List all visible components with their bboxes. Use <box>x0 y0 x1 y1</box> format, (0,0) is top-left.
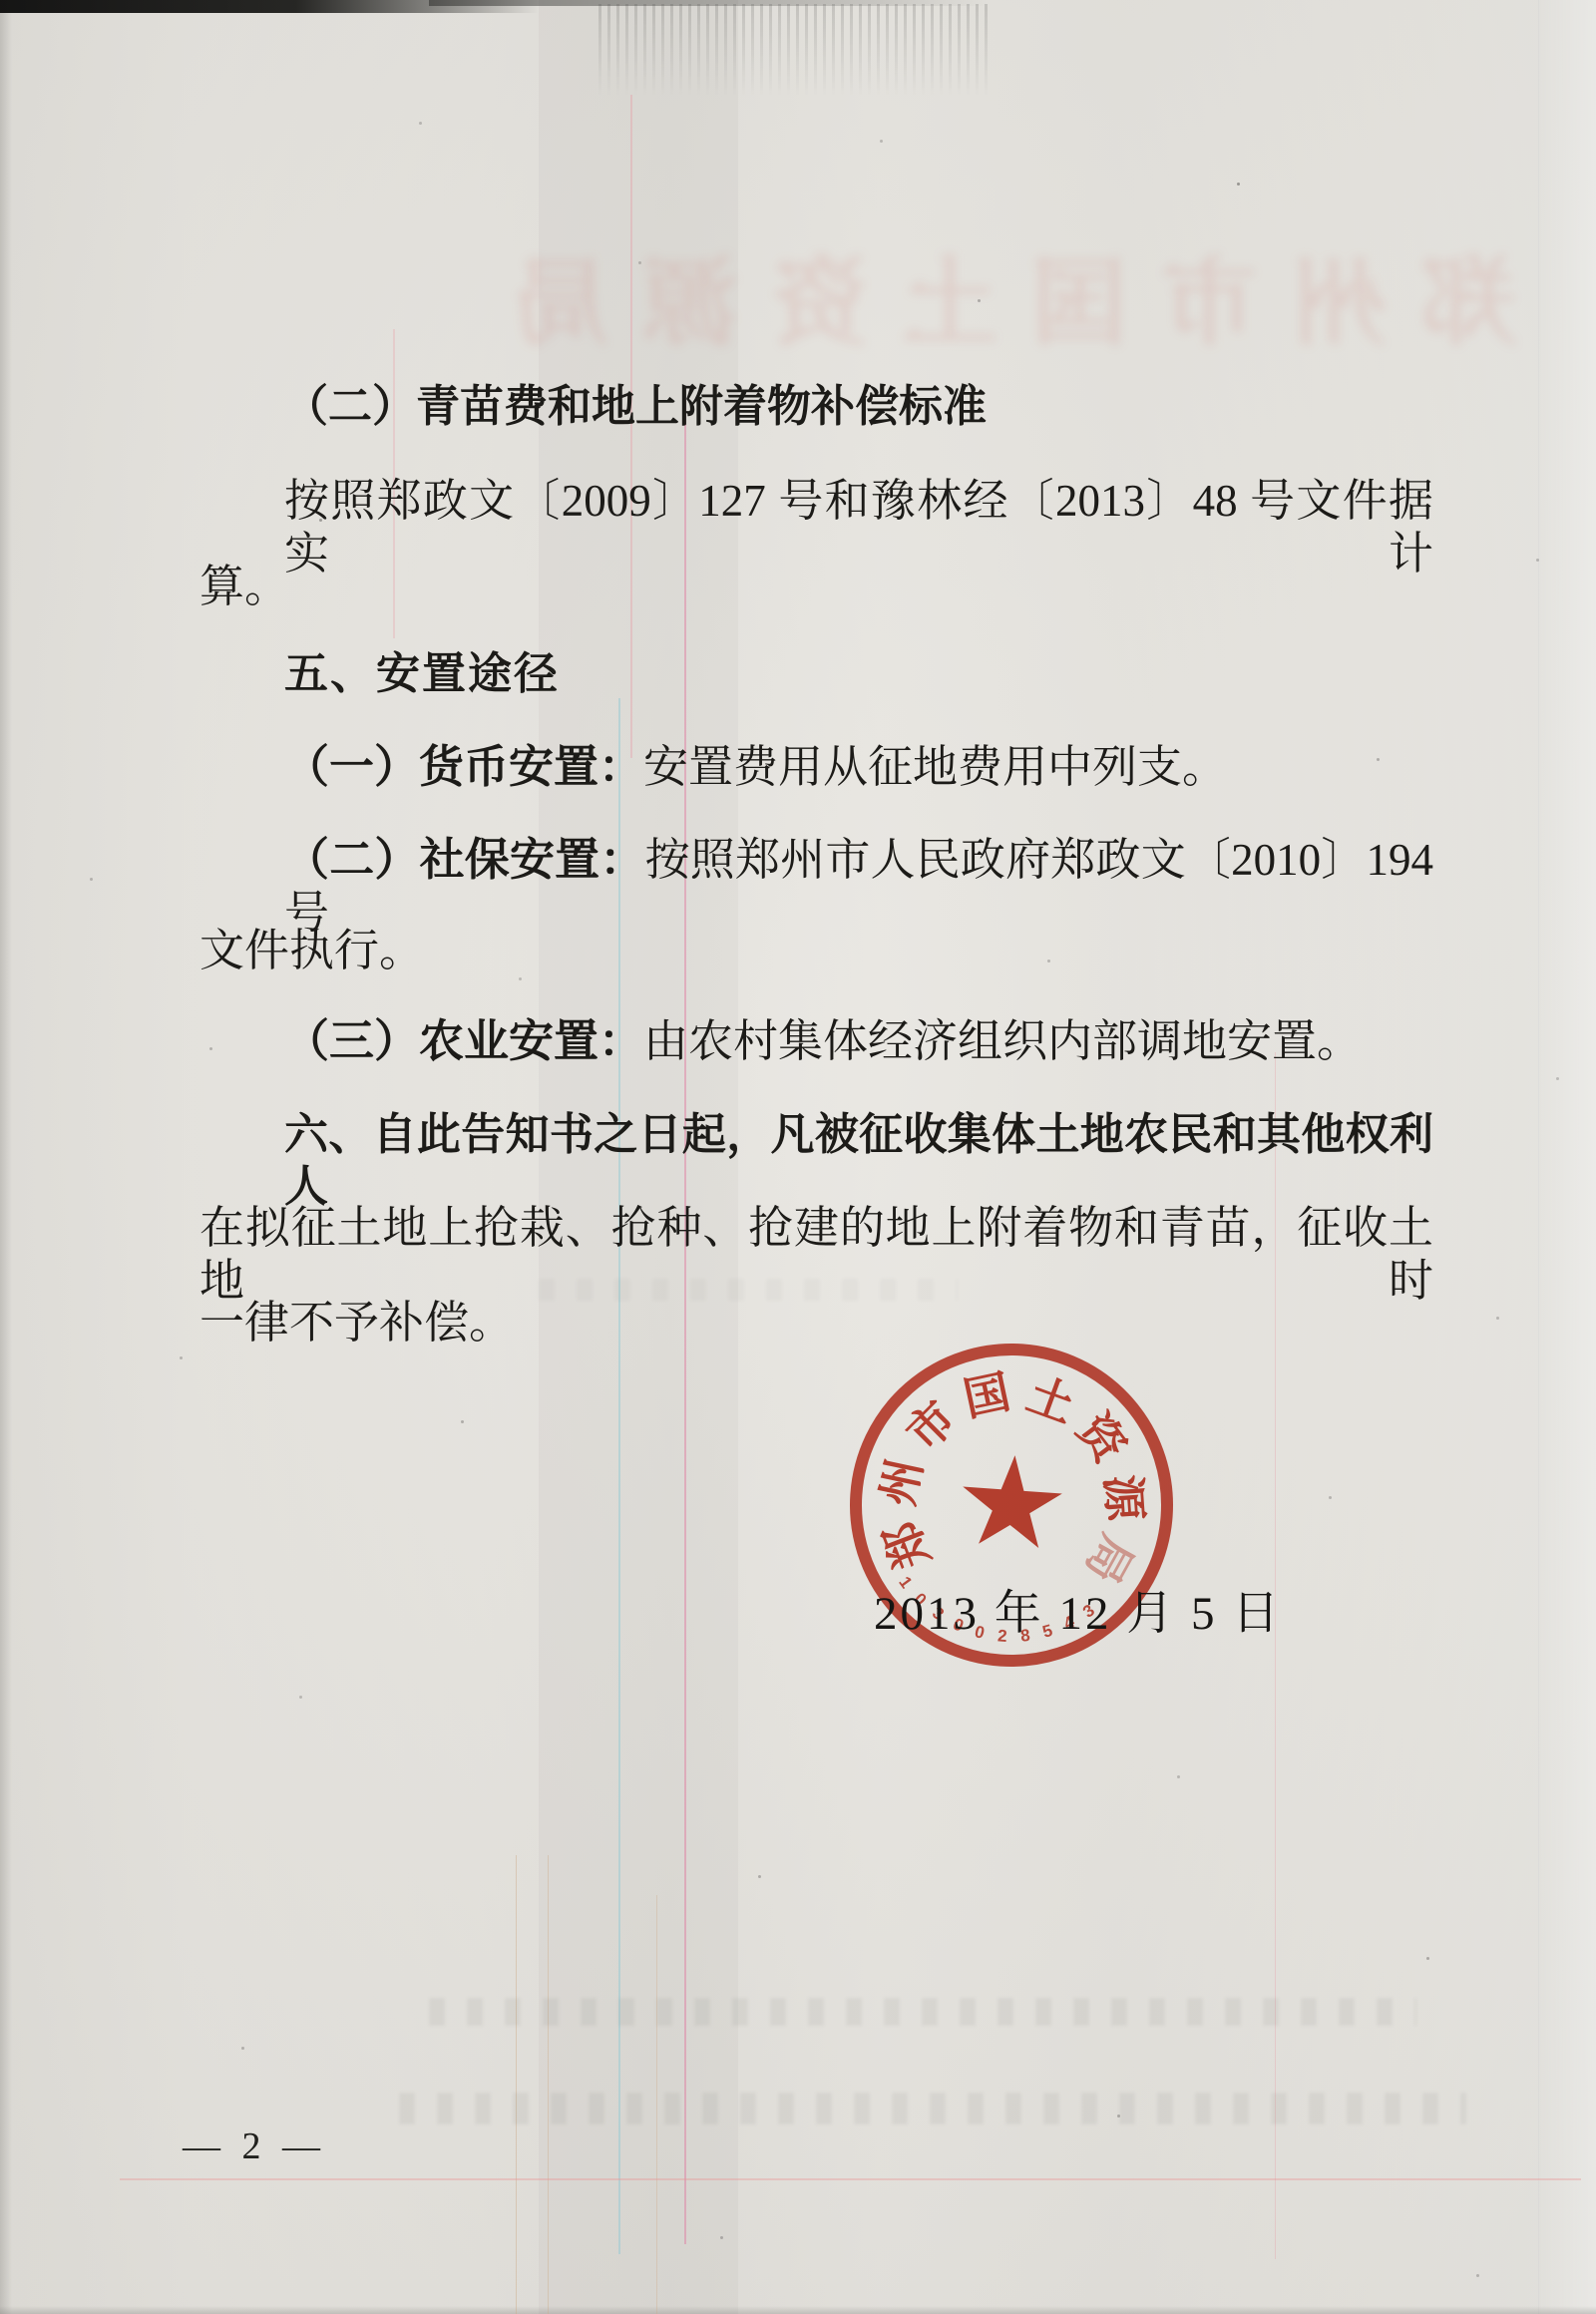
scanned-document-page: 郑州市国土资源局 （二）青苗费和地上附着物补偿标准 按照郑政文〔2009〕127… <box>0 0 1596 2314</box>
list-item-text: 由农村集体经济组织内部调地安置。 <box>643 1016 1362 1066</box>
list-item-label: （二）社保安置： <box>284 834 645 885</box>
page-number: — 2 — <box>183 2124 326 2168</box>
list-item-label: （三）农业安置： <box>284 1015 643 1066</box>
scan-bottom-edge-shadow <box>0 2306 1596 2314</box>
scan-left-edge-shadow <box>0 0 12 2314</box>
section-heading-2-green-crops: （二）青苗费和地上附着物补偿标准 <box>284 381 987 433</box>
section-heading-5-resettlement: 五、安置途径 <box>284 648 560 700</box>
list-item-text: 安置费用从征地费用中列支。 <box>643 742 1227 792</box>
scan-artifact-tan-line <box>548 1855 549 2314</box>
section-6-notice-line: 六、自此告知书之日起，凡被征收集体土地农民和其他权利人 <box>284 1109 1433 1213</box>
scan-artifact-magenta-line <box>684 399 686 2244</box>
ghost-text-band <box>399 2093 1466 2124</box>
body-line: 按照郑政文〔2009〕127 号和豫林经〔2013〕48 号文件据实计 <box>284 475 1433 580</box>
body-line: 算。 <box>199 561 289 613</box>
ghost-bleedthrough-title: 郑州市国土资源局 <box>239 227 1516 347</box>
scan-artifact-tan-line <box>516 1855 517 2314</box>
list-item-agricultural: （三）农业安置：由农村集体经济组织内部调地安置。 <box>284 1014 1362 1068</box>
scan-artifact-horizontal-line <box>120 2178 1581 2180</box>
document-date: 2013 年 12 月 5 日 <box>874 1576 1282 1643</box>
scan-right-edge-light <box>1538 0 1596 2314</box>
scanner-top-smudge <box>598 4 988 96</box>
seal-arc-character: 源 <box>1098 1473 1147 1522</box>
list-item-monetary: （一）货币安置：安置费用从征地费用中列支。 <box>284 740 1227 794</box>
body-line: 文件执行。 <box>199 925 424 977</box>
ghost-text-band <box>429 1998 1416 2026</box>
body-line: 一律不予补偿。 <box>199 1297 514 1350</box>
scan-artifact-tan-line <box>656 1895 657 2314</box>
body-line: 在拟征土地上抢栽、抢种、抢建的地上附着物和青苗，征收土地时 <box>199 1202 1433 1308</box>
list-item-label: （一）货币安置： <box>284 741 643 792</box>
list-item-social-security: （二）社保安置：按照郑州市人民政府郑政文〔2010〕194 号 <box>284 833 1433 940</box>
seal-arc-character: 国 <box>960 1369 1014 1424</box>
seal-arc-character: 州 <box>875 1455 930 1510</box>
